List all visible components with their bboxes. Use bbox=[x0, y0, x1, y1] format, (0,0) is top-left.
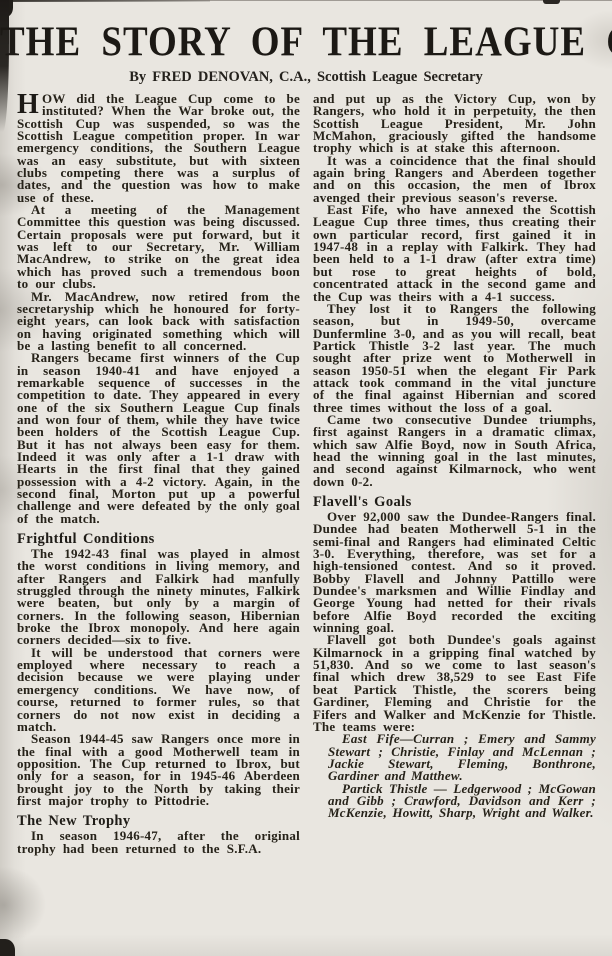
paragraph: They lost it to Rangers the following se… bbox=[313, 303, 596, 414]
left-column: HOW did the League Cup come to be instit… bbox=[17, 93, 300, 855]
section-heading: The New Trophy bbox=[17, 814, 300, 828]
paragraph: The 1942-43 final was played in almost t… bbox=[17, 548, 300, 647]
page-title: THE STORY OF THE LEAGUE CUP bbox=[0, 20, 612, 66]
scan-artifact-corner-bottom-left bbox=[0, 939, 15, 956]
programme-page: THE STORY OF THE LEAGUE CUP By FRED DENO… bbox=[0, 0, 612, 956]
section-heading: Frightful Conditions bbox=[17, 532, 300, 546]
team-line-up: East Fife—Curran ; Emery and Sammy Stewa… bbox=[328, 733, 596, 782]
paragraph: Came two consecutive Dundee triumphs, fi… bbox=[313, 414, 596, 488]
paragraph: It was a coincidence that the final shou… bbox=[313, 155, 596, 204]
paragraph: Flavell got both Dundee's goals against … bbox=[313, 634, 596, 733]
paragraph: Over 92,000 saw the Dundee-Rangers final… bbox=[313, 511, 596, 634]
article-columns: HOW did the League Cup come to be instit… bbox=[17, 93, 597, 855]
paragraph: Mr. MacAndrew, now retired from the secr… bbox=[17, 291, 300, 353]
paragraph: HOW did the League Cup come to be instit… bbox=[17, 93, 300, 204]
paragraph: At a meeting of the Management Committee… bbox=[17, 204, 300, 290]
paragraph: It will be understood that corners were … bbox=[17, 647, 300, 733]
byline: By FRED DENOVAN, C.A., Scottish League S… bbox=[0, 69, 612, 86]
paragraph: and put up as the Victory Cup, won by Ra… bbox=[313, 93, 596, 155]
paragraph: Season 1944-45 saw Rangers once more in … bbox=[17, 733, 300, 807]
team-line-up: Partick Thistle — Ledgerwood ; McGowan a… bbox=[328, 783, 596, 820]
paragraph: Rangers became first winners of the Cup … bbox=[17, 352, 300, 525]
paragraph: In season 1946-47, after the original tr… bbox=[17, 830, 300, 855]
right-column: and put up as the Victory Cup, won by Ra… bbox=[313, 93, 596, 855]
masthead: THE STORY OF THE LEAGUE CUP By FRED DENO… bbox=[0, 20, 612, 86]
drop-cap: H bbox=[17, 93, 42, 116]
paragraph: East Fife, who have annexed the Scottish… bbox=[313, 204, 596, 303]
scan-artifact-top-left-line bbox=[0, 0, 210, 2]
scan-artifact-top-right-mark bbox=[543, 0, 560, 4]
section-heading: Flavell's Goals bbox=[313, 495, 596, 509]
